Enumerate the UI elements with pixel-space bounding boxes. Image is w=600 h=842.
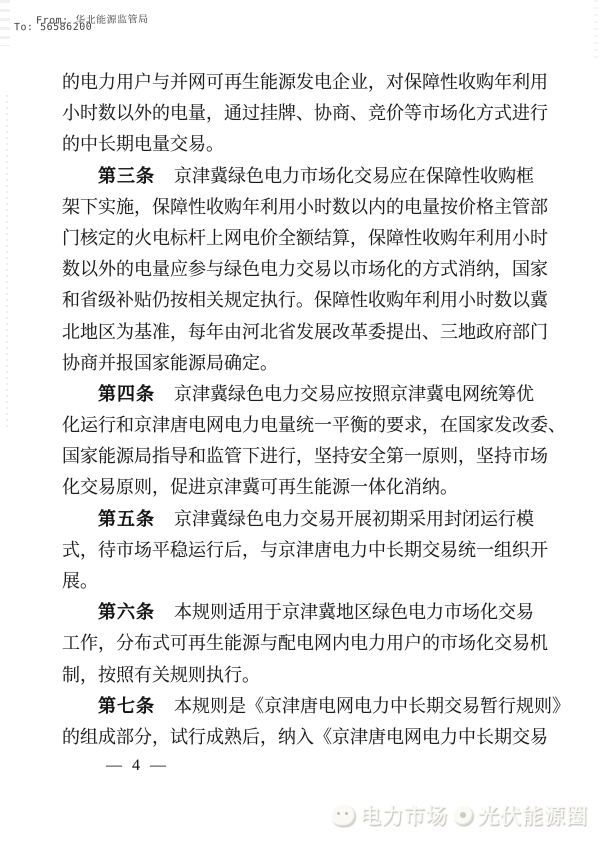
document-line: 架下实施，保障性收购年利用小时数以内的电量按价格主管部 <box>62 192 549 223</box>
document-line: 第五条京津冀绿色电力交易开展初期采用封闭运行模 <box>62 504 549 535</box>
document-line: 化交易原则，促进京津冀可再生能源一体化消纳。 <box>62 472 549 503</box>
watermark-text-right: 光伏能源圈 <box>478 800 588 830</box>
fax-to-line: To: 56586200 <box>14 22 92 34</box>
document-line: 北地区为基准，每年由河北省发展改革委提出、三地政府部门 <box>62 317 549 348</box>
article-number: 第四条 <box>98 384 155 404</box>
article-number: 第六条 <box>98 602 155 622</box>
document-line: 式，待市场平稳运行后，与京津唐电力中长期交易统一组织开 <box>62 535 549 566</box>
document-line: 展。 <box>62 566 549 597</box>
article-number: 第五条 <box>98 509 155 529</box>
scanned-document-page: 2018-03-27 11:55 From: 华北能源监管局 To: 56586… <box>0 0 600 842</box>
document-line: 的组成部分，试行成熟后，纳入《京津唐电网电力中长期交易 <box>62 722 549 753</box>
watermark-text-left: 电力市场 <box>360 800 448 830</box>
document-line: 第六条本规则适用于京津冀地区绿色电力市场化交易 <box>62 597 549 628</box>
document-line: 化运行和京津唐电网电力电量统一平衡的要求，在国家发改委、 <box>62 410 549 441</box>
document-line: 国家能源局指导和监管下进行，坚持安全第一原则，坚持市场 <box>62 441 549 472</box>
circle-logo-icon <box>453 805 473 825</box>
watermark: 电力市场 光伏能源圈 <box>331 800 588 830</box>
smiley-eye-right <box>345 812 348 815</box>
scan-artifact-left-edge <box>6 95 8 430</box>
document-line: 小时数以外的电量，通过挂牌、协商、竞价等市场化方式进行 <box>62 98 549 129</box>
document-line: 第七条本规则是《京津唐电网电力中长期交易暂行规则》 <box>62 691 549 722</box>
document-line: 的电力用户与并网可再生能源发电企业，对保障性收购年利用 <box>62 67 549 98</box>
smiley-chat-icon <box>331 804 355 826</box>
document-text: 的电力用户与并网可再生能源发电企业，对保障性收购年利用小时数以外的电量，通过挂牌… <box>62 67 549 776</box>
document-line: 制，按照有关规则执行。 <box>62 660 549 691</box>
document-line: 和省级补贴仍按相关规定执行。保障性收购年利用小时数以冀 <box>62 285 549 316</box>
smiley-eye-left <box>337 812 340 815</box>
document-line: 的中长期电量交易。 <box>62 129 549 160</box>
article-number: 第三条 <box>98 166 155 186</box>
circle-logo-dot <box>460 812 466 818</box>
document-line: 数以外的电量应参与绿色电力交易以市场化的方式消纳，国家 <box>62 254 549 285</box>
document-line: 门核定的火电标杆上网电价全额结算，保障性收购年利用小时 <box>62 223 549 254</box>
document-line: 协商并报国家能源局确定。 <box>62 348 549 379</box>
document-line: 第四条京津冀绿色电力交易应按照京津冀电网统筹优 <box>62 379 549 410</box>
article-number: 第七条 <box>98 696 155 716</box>
document-line: 工作，分布式可再生能源与配电网内电力用户的市场化交易机 <box>62 628 549 659</box>
document-line: 第三条京津冀绿色电力市场化交易应在保障性收购框 <box>62 161 549 192</box>
fax-timestamp-clip: 2018-03-27 11:55 <box>0 0 600 10</box>
page-number: — 4 — <box>62 756 549 776</box>
